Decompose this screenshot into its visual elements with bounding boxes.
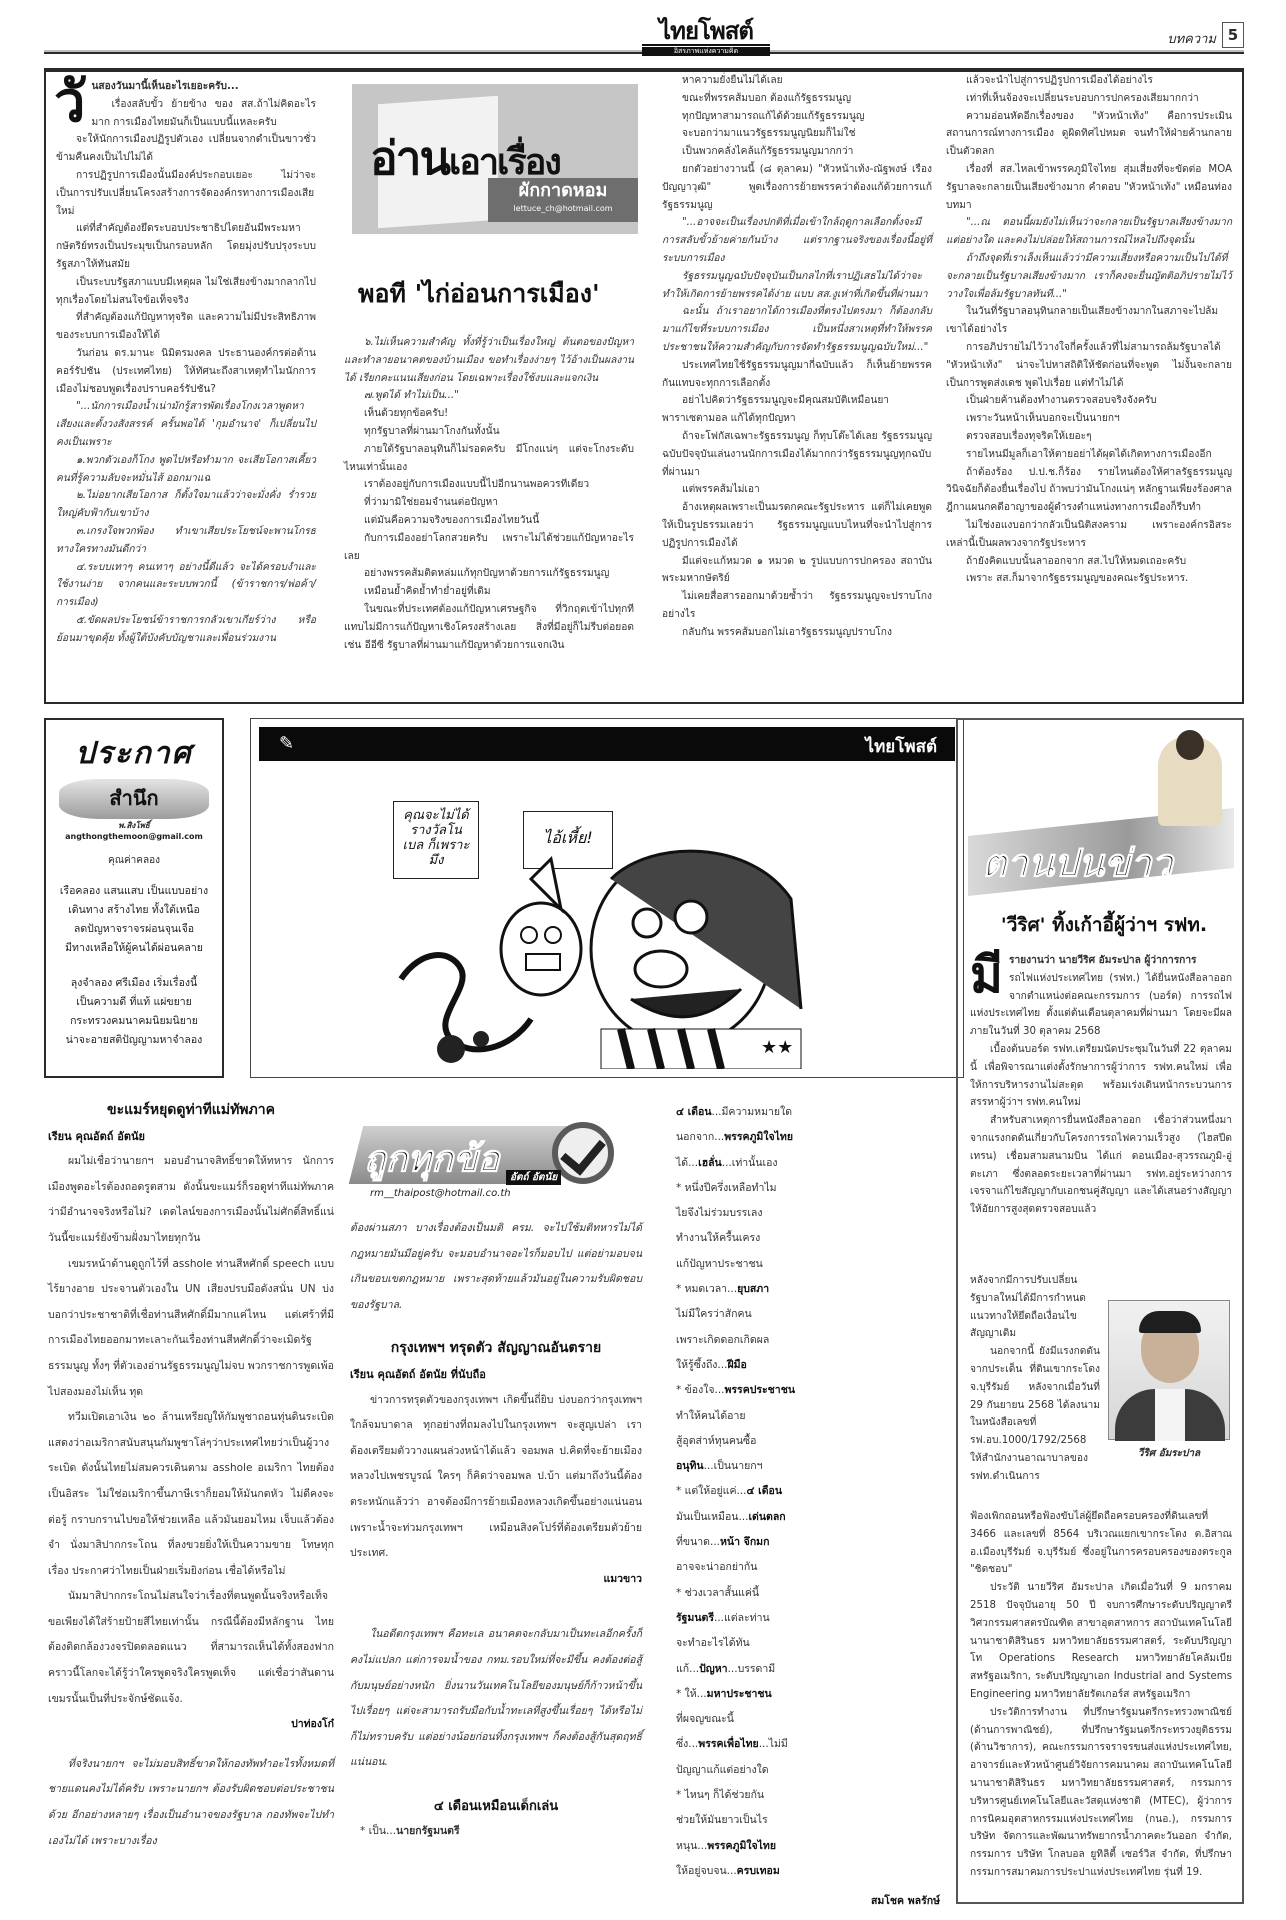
article-column-1: วั นสองวันมานี้เห็นอะไรเยอะครับ... เรื่อ… bbox=[56, 78, 316, 648]
verse-line: ไม่มีใครว่าสักคน bbox=[676, 1302, 938, 1327]
verse-line: อาจจะน่าอกย่ากัน bbox=[676, 1555, 938, 1580]
column-logo-title: ถูกทุกข้อ bbox=[364, 1130, 499, 1187]
letter-signature: แมวขาว bbox=[350, 1567, 642, 1593]
column-banner-image: ตานปนข่าว bbox=[968, 726, 1234, 916]
author-name: ผักกาดหอม bbox=[488, 178, 638, 204]
photo-caption: วีริศ อัมระปาล bbox=[1108, 1446, 1230, 1461]
checkmark-icon bbox=[552, 1122, 614, 1184]
verse-line: ซึ่ง...พรรคเพื่อไทย...ไม่มี bbox=[676, 1732, 938, 1757]
poem-scroll-banner: สำนึก bbox=[59, 779, 209, 819]
verse-line: นอกจาก...พรรคภูมิใจไทย bbox=[676, 1125, 938, 1150]
verse-line: จะทำอะไรได้ทัน bbox=[676, 1631, 938, 1656]
poem-subtitle: คุณค่าคลอง bbox=[46, 853, 222, 868]
news-headline: 'วีริศ' ทิ้งเก้าอี้ผู้ว่าฯ รฟท. bbox=[970, 910, 1238, 940]
verse-line: ให้รู้ซึ้งถึง...ฝีมือ bbox=[676, 1353, 938, 1378]
verse-signature: สมโชค พลรักษ์ bbox=[780, 1892, 940, 1909]
verse-line: ที่ผจญขณะนี้ bbox=[676, 1707, 938, 1732]
poem-box: ประกาศ สำนึก พ.สิงโพธิ์ angthongthemoon@… bbox=[44, 718, 224, 1078]
author-box: ผักกาดหอม lettuce_ch@hotmail.com bbox=[488, 178, 638, 222]
letter-headline: กรุงเทพฯ ทรุดตัว สัญญาณอันตราย bbox=[350, 1336, 642, 1362]
letters-column: ต้องผ่านสภา บางเรื่องต้องเป็นมติ ครม. จะ… bbox=[350, 1216, 642, 1845]
verse-line: ทำให้คนได้อาย bbox=[676, 1404, 938, 1429]
article-column-3: หาความยั่งยืนไม่ได้เลย ขณะที่พรรคส้มบอก … bbox=[662, 72, 932, 642]
author-email[interactable]: lettuce_ch@hotmail.com bbox=[488, 204, 638, 214]
masthead: ไทยโพสต์ อิสรภาพแห่งความคิด บทความ 5 bbox=[44, 18, 1244, 58]
editorial-article: วั นสองวันมานี้เห็นอะไรเยอะครับ... เรื่อ… bbox=[44, 68, 1244, 704]
verse-line: แก้ปัญหาประชาชน bbox=[676, 1252, 938, 1277]
article-lead: นสองวันมานี้เห็นอะไรเยอะครับ... bbox=[56, 78, 316, 96]
banner-title: อ่าน bbox=[370, 131, 449, 185]
page-number: 5 bbox=[1222, 22, 1244, 48]
verse-line: ได้...เฮลั่น...เท่านั้นเอง bbox=[676, 1151, 938, 1176]
letter-salutation: เรียน คุณอัตถ์ อัตนัย bbox=[48, 1124, 334, 1150]
editor-reply: ต้องผ่านสภา บางเรื่องต้องเป็นมติ ครม. จะ… bbox=[350, 1216, 642, 1318]
news-column-box: ตานปนข่าว 'วีริศ' ทิ้งเก้าอี้ผู้ว่าฯ รฟท… bbox=[956, 718, 1244, 1904]
banner-subtitle: เอาเรื่อง bbox=[449, 142, 560, 183]
verse-line: อนุทิน...เป็นนายกฯ bbox=[676, 1454, 938, 1479]
verse-line: * แต่ให้อยู่แค่...๔ เดือน bbox=[676, 1479, 938, 1504]
news-body-bottom: ฟ้องเพิกถอนหรือฟ้องขับไล่ผู้ยึดถือครอบคร… bbox=[970, 1508, 1232, 1882]
column-logo: ถูกทุกข้อ อัตถ์ อัตนัย rm__thaipost@hotm… bbox=[356, 1108, 644, 1204]
banner-title: ตานปนข่าว bbox=[982, 832, 1173, 893]
verse-line: * หมดเวลา...ยุบสภา bbox=[676, 1277, 938, 1302]
news-lead: รายงานว่า นายวีริศ อัมระปาล ผู้ว่าการการ bbox=[970, 952, 1232, 970]
news-body-narrow: หลังจากมีการปรับเปลี่ยนรัฐบาลใหม่ได้มีกา… bbox=[970, 1272, 1100, 1486]
article-column-2: ๖.ไม่เห็นความสำคัญ ทั้งที่รู้ว่าเป็นเรื่… bbox=[344, 334, 634, 654]
newspaper-logo[interactable]: ไทยโพสต์ อิสรภาพแห่งความคิด bbox=[642, 18, 770, 56]
mascot-icon: ✎ bbox=[279, 733, 294, 754]
letter-salutation: เรียน คุณอัตถ์ อัตนัย ที่นับถือ bbox=[350, 1362, 642, 1388]
verse-line: * ช่วงเวลาสั้นแค่นี้ bbox=[676, 1581, 938, 1606]
poem-author: พ.สิงโพธิ์ bbox=[46, 819, 222, 832]
section-label: บทความ bbox=[1167, 28, 1216, 49]
news-body-top: มี รายงานว่า นายวีริศ อัมระปาล ผู้ว่าการ… bbox=[970, 952, 1232, 1219]
poem-headline: ๔ เดือนเหมือนเด็กเล่น bbox=[350, 1794, 642, 1820]
political-cartoon: ✎ ไทยโพสต์ คุณจะไม่ได้ รางวัลโนเบล ก็เพร… bbox=[250, 718, 964, 1078]
verse-line: ปัญญาแก้แต่อย่างใด bbox=[676, 1758, 938, 1783]
letter-to-editor-1: ขะแมร์หยุดดูท่าทีแม่ทัพภาค เรียน คุณอัตถ… bbox=[48, 1098, 334, 1854]
verse-line: * ไหนๆ ก็ได้ช่วยกัน bbox=[676, 1783, 938, 1808]
verse-line: รัฐมนตรี...แต่ละท่าน bbox=[676, 1606, 938, 1631]
poem-column-title: ประกาศ bbox=[46, 730, 222, 777]
article-headline: พอที 'ไก่อ่อนการเมือง' bbox=[358, 274, 638, 314]
verse-line: ที่ขนาด...หน้า จึกมก bbox=[676, 1530, 938, 1555]
dropcap: มี bbox=[970, 952, 1003, 998]
column-author: อัตถ์ อัตนัย bbox=[506, 1170, 561, 1185]
cartoon-header-bar: ✎ ไทยโพสต์ bbox=[259, 727, 955, 761]
verse-line: หนุน...พรรคภูมิใจไทย bbox=[676, 1834, 938, 1859]
poem-stanza: เรือคลอง แสนแสบ เป็นแบบอย่าง เดินทาง สร้… bbox=[46, 882, 222, 958]
verse-column: ๔ เดือน...มีความหมายใด นอกจาก...พรรคภูมิ… bbox=[676, 1100, 938, 1884]
verse-line: แก้...ปัญหา...บรรดามี bbox=[676, 1657, 938, 1682]
verse-line: * หนึ่งปีครึ่งเหลือทำไม bbox=[676, 1176, 938, 1201]
editor-reply: ที่จริงนายกฯ จะไม่มอบสิทธิ์ขาดให้กองทัพท… bbox=[48, 1752, 334, 1854]
verse-line: มันเป็นเหมือน...เด่นตลก bbox=[676, 1505, 938, 1530]
poem-stanza: ลุงจำลอง ศรีเมือง เริ่มเรื่องนี้ เป็นควา… bbox=[46, 974, 222, 1050]
column-email[interactable]: rm__thaipost@hotmail.co.th bbox=[370, 1188, 511, 1199]
cartoon-illustration: ★★ bbox=[391, 839, 851, 1069]
verse-line: ๔ เดือน...มีความหมายใด bbox=[676, 1100, 938, 1125]
dropcap: วั bbox=[54, 78, 85, 128]
editor-reply: ในอดีตกรุงเทพฯ คือทะเล อนาคตจะกลับมาเป็น… bbox=[350, 1622, 642, 1776]
article-column-4: แล้วจะนำไปสู่การปฏิรูปการเมืองได้อย่างไร… bbox=[946, 72, 1232, 588]
verse-line: ช่วยให้มันยาวเป็นไร bbox=[676, 1808, 938, 1833]
cartoon-brand: ไทยโพสต์ bbox=[866, 733, 937, 760]
verse-line: * ให้...มหาประชาชน bbox=[676, 1682, 938, 1707]
poem-line: * เป็น...นายกรัฐมนตรี bbox=[350, 1819, 642, 1845]
letter-signature: ปาท่องโก๋ bbox=[48, 1712, 334, 1738]
verse-line: * ข้องใจ...พรรคประชาชน bbox=[676, 1378, 938, 1403]
verse-line: ทำงานให้ครื้นเครง bbox=[676, 1226, 938, 1251]
poem-email[interactable]: angthongthemoon@gmail.com bbox=[46, 832, 222, 841]
verse-line: สู้อุตส่าห์ทุนคนซื้อ bbox=[676, 1429, 938, 1454]
verse-line: ไยจึงไม่ร่วมบรรเลง bbox=[676, 1201, 938, 1226]
svg-text:★★: ★★ bbox=[761, 1037, 793, 1058]
column-banner-image: อ่านเอาเรื่อง ผักกาดหอม lettuce_ch@hotma… bbox=[352, 84, 638, 234]
verse-line: เพราะเกิดดอกเกิดผล bbox=[676, 1328, 938, 1353]
reading-person-illustration bbox=[1158, 736, 1222, 826]
verse-line: ให้อยู่จบจน...ครบเทอม bbox=[676, 1859, 938, 1884]
portrait-photo bbox=[1108, 1300, 1230, 1440]
letter-headline: ขะแมร์หยุดดูท่าทีแม่ทัพภาค bbox=[48, 1098, 334, 1124]
